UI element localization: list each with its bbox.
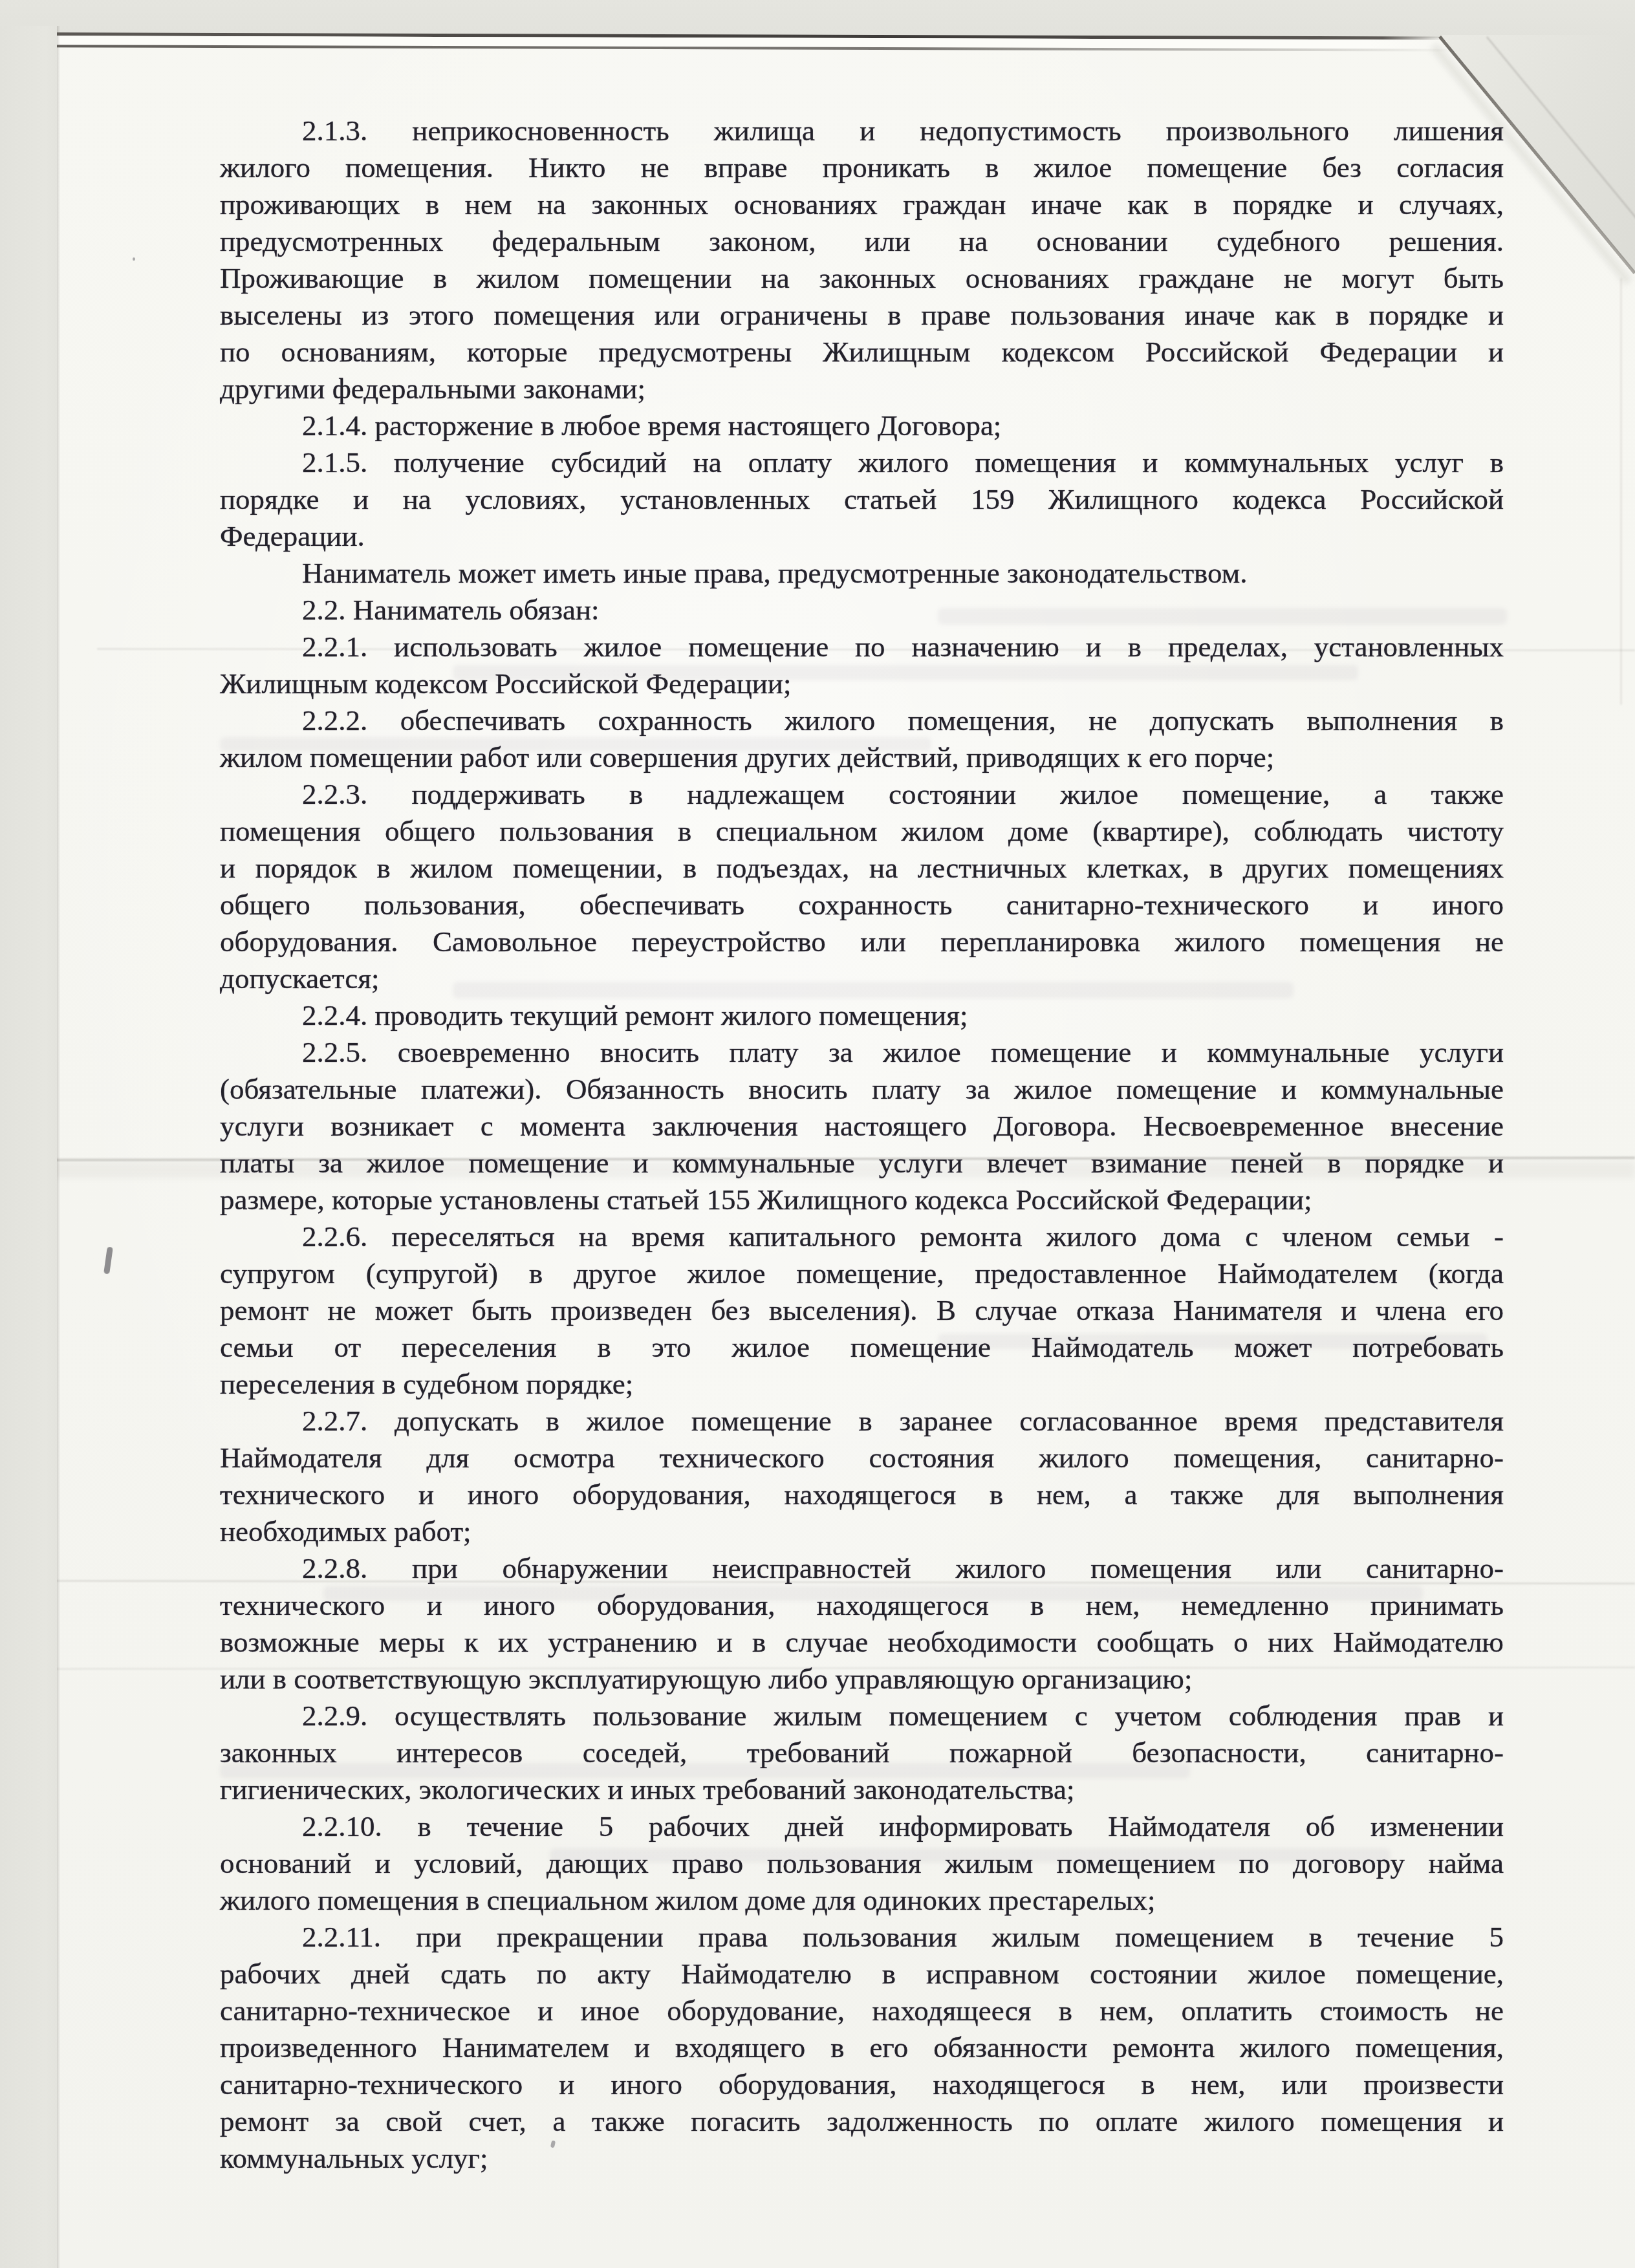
doc-line: законных интересов соседей, требований п… [220,1734,1504,1771]
doc-line: Жилищным кодексом Российской Федерации; [220,665,1504,702]
doc-line: технического и иного оборудования, наход… [220,1476,1504,1513]
doc-line: 2.1.5. получение субсидий на оплату жило… [220,444,1504,481]
doc-line: санитарно-техническое и иное оборудовани… [220,1993,1504,2029]
scanner-background [0,0,1635,39]
doc-line: 2.1.4. расторжение в любое время настоящ… [220,407,1504,444]
doc-line: 2.2.7. допускать в жилое помещение в зар… [220,1403,1504,1440]
doc-line: по основаниям, которые предусмотрены Жил… [220,334,1504,371]
doc-line: Наймодателя для осмотра технического сос… [220,1440,1504,1476]
doc-line: услуги возникает с момента заключения на… [220,1108,1504,1145]
paper-crease-vertical [1620,278,1622,705]
doc-line: 2.1.3. неприкосновенность жилища и недоп… [220,113,1504,149]
doc-line: произведенного Нанимателем и входящего в… [220,2029,1504,2066]
paper-edge-line [19,32,1623,40]
doc-line: 2.2.8. при обнаружении неисправностей жи… [220,1550,1504,1587]
paper-sheet: 2.1.3. неприкосновенность жилища и недоп… [0,0,1635,2268]
doc-line: выселены из этого помещения или ограниче… [220,297,1504,334]
doc-line: 2.2.5. своевременно вносить плату за жил… [220,1034,1504,1071]
doc-line: порядке и на условиях, установленных ста… [220,481,1504,518]
doc-line: оснований и условий, дающих право пользо… [220,1845,1504,1882]
doc-line: или в соответствующую эксплуатирующую ли… [220,1661,1504,1698]
doc-line: ремонт не может быть произведен без высе… [220,1292,1504,1329]
doc-line: 2.2.10. в течение 5 рабочих дней информи… [220,1808,1504,1845]
doc-line: супругом (супругой) в другое жилое помещ… [220,1255,1504,1292]
doc-line: жилого помещения в специальном жилом дом… [220,1882,1504,1919]
doc-line: 2.2.2. обеспечивать сохранность жилого п… [220,702,1504,739]
doc-line: и порядок в жилом помещении, в подъездах… [220,850,1504,887]
doc-line: рабочих дней сдать по акту Наймодателю в… [220,1956,1504,1993]
doc-line: другими федеральными законами; [220,371,1504,407]
doc-line: размере, которые установлены статьей 155… [220,1182,1504,1218]
paper-edge-line [29,45,1517,52]
contract-text-block: 2.1.3. неприкосновенность жилища и недоп… [220,113,1504,2177]
doc-line: платы за жилое помещение и коммунальные … [220,1145,1504,1182]
page-top-edge [0,32,1635,57]
doc-line: 2.2. Наниматель обязан: [220,592,1504,629]
doc-line: жилом помещении работ или совершения дру… [220,739,1504,776]
doc-line: 2.2.11. при прекращении права пользовани… [220,1919,1504,1956]
doc-line: Проживающие в жилом помещении на законны… [220,260,1504,297]
doc-line: возможные меры к их устранению и в случа… [220,1624,1504,1661]
doc-line: проживающих в нем на законных основаниях… [220,186,1504,223]
ink-speck [103,1247,113,1275]
doc-line: 2.2.6. переселяться на время капитальног… [220,1218,1504,1255]
doc-line: 2.2.9. осуществлять пользование жилым по… [220,1698,1504,1734]
scanned-contract-page: { "colors": { "paper": "#f6f6f1", "scann… [0,0,1635,2268]
folded-corner-crease [1486,36,1635,287]
paper-edge-highlight [19,36,1623,49]
doc-line: коммунальных услуг; [220,2140,1504,2177]
doc-line: оборудования. Самовольное переустройство… [220,923,1504,960]
doc-line: санитарно-технического и иного оборудова… [220,2066,1504,2103]
doc-line: (обязательные платежи). Обязанность внос… [220,1071,1504,1108]
doc-line: допускается; [220,960,1504,997]
doc-line: жилого помещения. Никто не вправе проник… [220,149,1504,186]
doc-line: Федерации. [220,518,1504,555]
scanner-background-left [0,26,57,2268]
doc-line: семьи от переселения в это жилое помещен… [220,1329,1504,1366]
doc-line: общего пользования, обеспечивать сохранн… [220,887,1504,923]
paper-edge-shadow [57,26,60,2268]
doc-line: технического и иного оборудования, наход… [220,1587,1504,1624]
doc-line: гигиенических, экологических и иных треб… [220,1771,1504,1808]
doc-line: Наниматель может иметь иные права, преду… [220,555,1504,592]
ink-speck [133,257,135,261]
doc-line: предусмотренных федеральным законом, или… [220,223,1504,260]
doc-line: 2.2.3. поддерживать в надлежащем состоян… [220,776,1504,813]
doc-line: необходимых работ; [220,1513,1504,1550]
doc-line: 2.2.4. проводить текущий ремонт жилого п… [220,997,1504,1034]
doc-line: 2.2.1. использовать жилое помещение по н… [220,629,1504,665]
doc-line: помещения общего пользования в специальн… [220,813,1504,850]
doc-line: ремонт за свой счет, а также погасить за… [220,2103,1504,2140]
doc-line: переселения в судебном порядке; [220,1366,1504,1403]
